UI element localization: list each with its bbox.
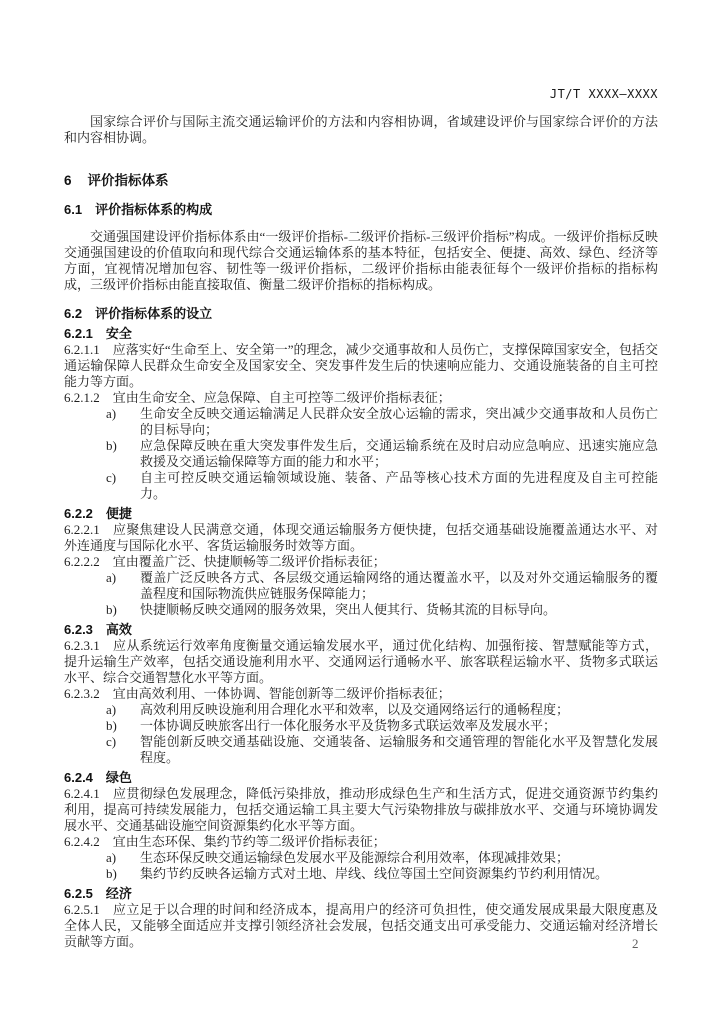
chapter-heading-6: 6评价指标体系	[64, 173, 658, 189]
list-item-text: 快捷顺畅反映交通网的服务效果，突出人便其行、货畅其流的目标导向。	[140, 602, 658, 618]
chapter-number: 6	[64, 173, 72, 188]
subsection-heading-6-2-3: 6.2.3高效	[64, 622, 658, 638]
list-item: b)集约节约反映各运输方式对土地、岸线、线位等国土空间资源集约节约利用情况。	[64, 866, 658, 882]
list-item-text: 应急保障反映在重大突发事件发生后，交通运输系统在及时启动应急响应、迅速实施应急救…	[140, 438, 658, 470]
subsection-heading-6-2-2: 6.2.2便捷	[64, 506, 658, 522]
intro-paragraph: 国家综合评价与国际主流交通运输评价的方法和内容相协调，省域建设评价与国家综合评价…	[64, 114, 658, 146]
clause-6-2-2-1: 6.2.2.1应聚焦建设人民满意交通，体现交通运输服务方便快捷，包括交通基础设施…	[64, 522, 658, 554]
subsection-heading-6-2-4: 6.2.4绿色	[64, 770, 658, 786]
list-item: b)应急保障反映在重大突发事件发生后，交通运输系统在及时启动应急响应、迅速实施应…	[64, 438, 658, 470]
list-item-text: 生态环保反映交通运输绿色发展水平及能源综合利用效率，体现减排效果；	[140, 850, 658, 866]
clause-text: 应贯彻绿色发展理念，降低污染排放，推动形成绿色生产和生活方式，促进交通资源节约集…	[64, 786, 658, 833]
clause-text: 应聚焦建设人民满意交通，体现交通运输服务方便快捷，包括交通基础设施覆盖通达水平、…	[64, 522, 658, 553]
clause-number: 6.2.3.2	[64, 686, 113, 701]
list-item-label: a)	[106, 702, 140, 718]
subsection-title-6-2-5: 经济	[106, 886, 132, 901]
clause-text: 应落实好“生命至上、安全第一”的理念，减少交通事故和人员伤亡，支撑保障国家安全，…	[64, 342, 658, 389]
list-item-text: 智能创新反映交通基础设施、交通装备、运输服务和交通管理的智能化水平及智慧化发展程…	[140, 734, 658, 766]
subsection-heading-6-2-1: 6.2.1安全	[64, 326, 658, 342]
clause-number: 6.2.5.1	[64, 902, 113, 917]
section-heading-6-1: 6.1评价指标体系的构成	[64, 202, 658, 218]
list-item: a)生态环保反映交通运输绿色发展水平及能源综合利用效率，体现减排效果；	[64, 850, 658, 866]
clause-number: 6.2.2.1	[64, 522, 113, 537]
list-item-text: 覆盖广泛反映各方式、各层级交通运输网络的通达覆盖水平，以及对外交通运输服务的覆盖…	[140, 570, 658, 602]
clause-text: 应从系统运行效率角度衡量交通运输发展水平，通过优化结构、加强衔接、智慧赋能等方式…	[64, 638, 658, 685]
list-item-text: 生命安全反映交通运输满足人民群众安全放心运输的需求，突出减少交通事故和人员伤亡的…	[140, 406, 658, 438]
page-number: 2	[632, 936, 639, 952]
subsection-number-6-2-1: 6.2.1	[64, 326, 93, 341]
list-item-label: b)	[106, 718, 140, 734]
subsection-title-6-2-1: 安全	[106, 326, 132, 341]
paragraph-6-1: 交通强国建设评价指标体系由“一级评价指标-二级评价指标-三级评价指标”构成。一级…	[64, 229, 658, 293]
list-item-label: a)	[106, 406, 140, 438]
list-item-text: 自主可控反映交通运输领域设施、装备、产品等核心技术方面的先进程度及自主可控能力。	[140, 470, 658, 502]
clause-text: 宜由生命安全、应急保障、自主可控等二级评价指标表征；	[113, 390, 451, 405]
list-item-label: a)	[106, 570, 140, 602]
subsection-heading-6-2-5: 6.2.5经济	[64, 886, 658, 902]
clause-number: 6.2.1.1	[64, 342, 113, 357]
clause-text: 宜由生态环保、集约节约等二级评价指标表征；	[113, 834, 386, 849]
clause-6-2-3-1: 6.2.3.1应从系统运行效率角度衡量交通运输发展水平，通过优化结构、加强衔接、…	[64, 638, 658, 686]
clause-6-2-4-1: 6.2.4.1应贯彻绿色发展理念，降低污染排放，推动形成绿色生产和生活方式，促进…	[64, 786, 658, 834]
subsection-number-6-2-3: 6.2.3	[64, 622, 93, 637]
clause-text: 应立足于以合理的时间和经济成本，提高用户的经济可负担性，使交通发展成果最大限度惠…	[64, 902, 658, 949]
list-item: b)一体协调反映旅客出行一体化服务水平及货物多式联运效率及发展水平；	[64, 718, 658, 734]
list-item-text: 一体协调反映旅客出行一体化服务水平及货物多式联运效率及发展水平；	[140, 718, 658, 734]
list-item-label: b)	[106, 866, 140, 882]
clause-text: 宜由覆盖广泛、快捷顺畅等二级评价指标表征；	[113, 554, 386, 569]
subsection-number-6-2-2: 6.2.2	[64, 506, 93, 521]
list-item-text: 集约节约反映各运输方式对土地、岸线、线位等国土空间资源集约节约利用情况。	[140, 866, 658, 882]
subsection-number-6-2-5: 6.2.5	[64, 886, 93, 901]
section-title-6-2: 评价指标体系的设立	[95, 306, 212, 321]
list-item-label: b)	[106, 438, 140, 470]
subsection-title-6-2-3: 高效	[106, 622, 132, 637]
subsection-title-6-2-2: 便捷	[106, 506, 132, 521]
section-title-6-1: 评价指标体系的构成	[95, 202, 212, 217]
clause-6-2-2-2: 6.2.2.2宜由覆盖广泛、快捷顺畅等二级评价指标表征；	[64, 554, 658, 570]
clause-text: 宜由高效利用、一体协调、智能创新等二级评价指标表征；	[113, 686, 451, 701]
document-code-header: JT/T XXXX—XXXX	[64, 86, 658, 102]
clause-number: 6.2.4.1	[64, 786, 113, 801]
list-item: a)覆盖广泛反映各方式、各层级交通运输网络的通达覆盖水平，以及对外交通运输服务的…	[64, 570, 658, 602]
clause-number: 6.2.3.1	[64, 638, 113, 653]
clause-6-2-3-2: 6.2.3.2宜由高效利用、一体协调、智能创新等二级评价指标表征；	[64, 686, 658, 702]
clause-number: 6.2.1.2	[64, 390, 113, 405]
subsection-number-6-2-4: 6.2.4	[64, 770, 93, 785]
list-item-label: a)	[106, 850, 140, 866]
clause-6-2-5-1: 6.2.5.1应立足于以合理的时间和经济成本，提高用户的经济可负担性，使交通发展…	[64, 902, 658, 950]
clause-number: 6.2.4.2	[64, 834, 113, 849]
chapter-title: 评价指标体系	[88, 173, 169, 188]
document-page: JT/T XXXX—XXXX 国家综合评价与国际主流交通运输评价的方法和内容相协…	[0, 0, 724, 1024]
list-item: c)智能创新反映交通基础设施、交通装备、运输服务和交通管理的智能化水平及智慧化发…	[64, 734, 658, 766]
list-item-label: c)	[106, 734, 140, 766]
list-item: b)快捷顺畅反映交通网的服务效果，突出人便其行、货畅其流的目标导向。	[64, 602, 658, 618]
subsection-title-6-2-4: 绿色	[106, 770, 132, 785]
list-item-label: b)	[106, 602, 140, 618]
list-item-text: 高效利用反映设施利用合理化水平和效率，以及交通网络运行的通畅程度；	[140, 702, 658, 718]
clause-6-2-4-2: 6.2.4.2宜由生态环保、集约节约等二级评价指标表征；	[64, 834, 658, 850]
section-heading-6-2: 6.2评价指标体系的设立	[64, 306, 658, 322]
list-item-label: c)	[106, 470, 140, 502]
list-item: a)高效利用反映设施利用合理化水平和效率，以及交通网络运行的通畅程度；	[64, 702, 658, 718]
list-item: a)生命安全反映交通运输满足人民群众安全放心运输的需求，突出减少交通事故和人员伤…	[64, 406, 658, 438]
list-item: c)自主可控反映交通运输领域设施、装备、产品等核心技术方面的先进程度及自主可控能…	[64, 470, 658, 502]
section-number-6-1: 6.1	[64, 202, 82, 217]
section-number-6-2: 6.2	[64, 306, 82, 321]
clause-6-2-1-2: 6.2.1.2宜由生命安全、应急保障、自主可控等二级评价指标表征；	[64, 390, 658, 406]
clause-6-2-1-1: 6.2.1.1应落实好“生命至上、安全第一”的理念，减少交通事故和人员伤亡，支撑…	[64, 342, 658, 390]
clause-number: 6.2.2.2	[64, 554, 113, 569]
